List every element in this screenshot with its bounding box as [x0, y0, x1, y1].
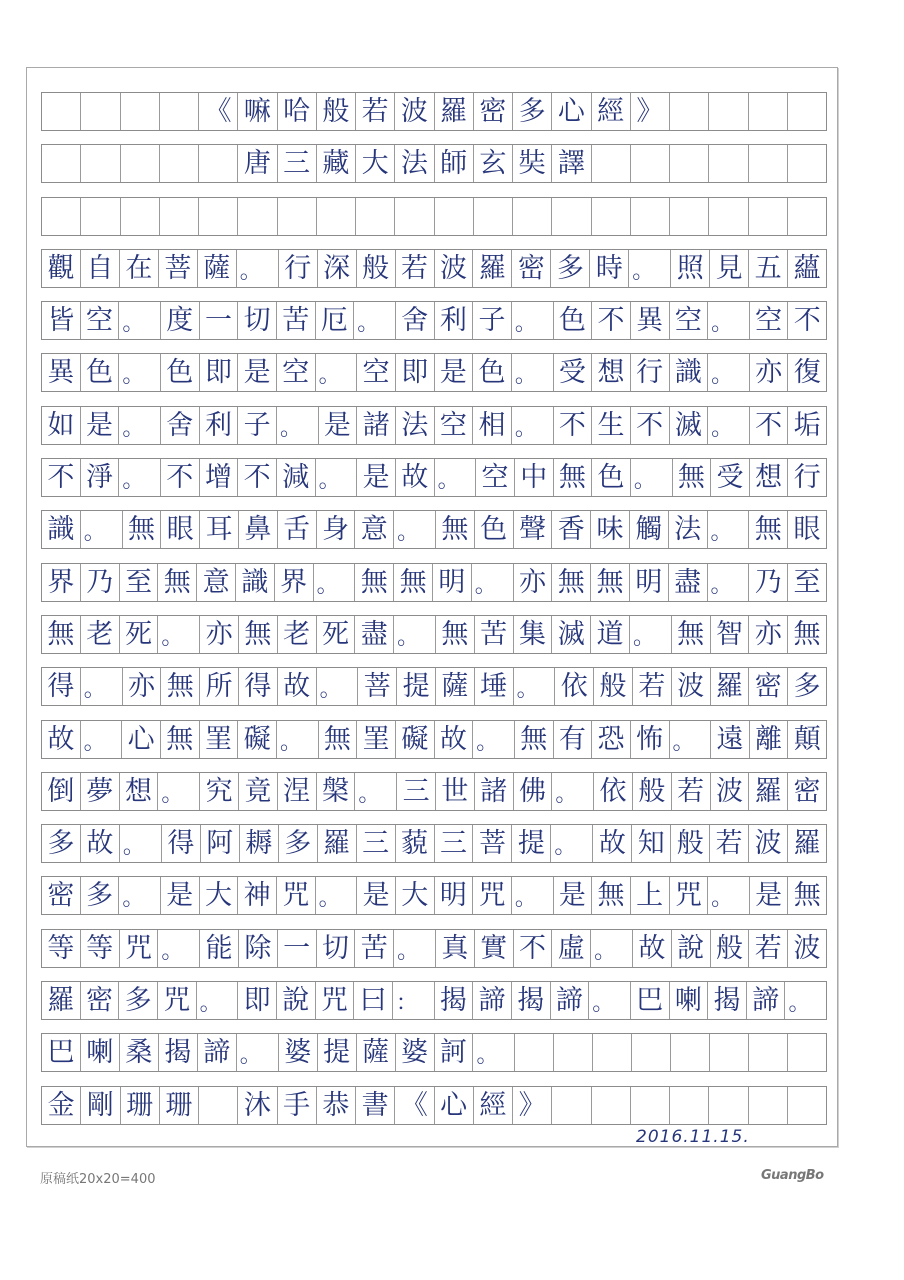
grid-cell: 三: [357, 825, 396, 862]
grid-cell: 。: [119, 302, 161, 339]
grid-cell: 。: [314, 564, 356, 601]
grid-cell: 婆: [279, 1034, 318, 1071]
grid-cell: 。: [630, 616, 672, 653]
grid-cell: 想: [750, 459, 789, 496]
grid-cell: 。: [394, 930, 436, 967]
grid-cell: 若: [396, 250, 435, 287]
grid-cell: 。: [629, 250, 671, 287]
grid-cell: 有: [554, 721, 593, 758]
grid-cell: 死: [120, 616, 159, 653]
grid-cell: 法: [395, 145, 434, 182]
grid-cell: 故: [593, 825, 632, 862]
grid-cell: 揭: [159, 1034, 198, 1071]
grid-cell: 界: [275, 564, 314, 601]
grid-cell: 利: [435, 302, 474, 339]
grid-cell: 諸: [475, 773, 514, 810]
grid-row: 羅密多咒。即說咒曰：揭諦揭諦。巴喇揭諦。: [41, 981, 827, 1020]
grid-row: 故。心無罣礙。無罣礙故。無有恐怖。遠離顛: [41, 720, 827, 759]
grid-cell: 行: [631, 354, 670, 391]
grid-cell: [788, 198, 826, 235]
grid-cell: 礙: [238, 721, 277, 758]
grid-cell: 。: [119, 407, 161, 444]
grid-cell: 。: [472, 564, 514, 601]
brand-logo: GuangBo: [761, 1168, 824, 1183]
grid-row: 界乃至無意識界。無無明。亦無無明盡。乃至: [41, 563, 827, 602]
grid-row: 無老死。亦無老死盡。無苦集滅道。無智亦無: [41, 615, 827, 654]
grid-row: 唐三藏大法師玄奘譯: [41, 144, 827, 183]
grid-cell: 若: [749, 930, 788, 967]
grid-cell: 。: [551, 825, 593, 862]
grid-cell: 倒: [42, 773, 81, 810]
grid-cell: 揭: [435, 982, 474, 1019]
grid-cell: 老: [81, 616, 120, 653]
grid-cell: 故: [633, 930, 672, 967]
grid-cell: 曰: [354, 982, 393, 1019]
grid-cell: 無: [436, 616, 475, 653]
grid-cell: 亦: [749, 616, 788, 653]
grid-cell: 若: [633, 668, 672, 705]
grid-cell: 至: [788, 564, 826, 601]
grid-cell: 見: [710, 250, 749, 287]
grid-cell: 是: [319, 407, 358, 444]
grid-cell: 得: [42, 668, 81, 705]
grid-cell: 諦: [198, 1034, 237, 1071]
grid-cell: 。: [708, 302, 750, 339]
grid-cell: 深: [318, 250, 357, 287]
grid-cell: 三: [435, 825, 474, 862]
grid-cell: [749, 145, 788, 182]
grid-cell: [160, 93, 199, 130]
grid-cell: 。: [316, 354, 358, 391]
grid-cell: 竟: [239, 773, 278, 810]
grid-cell: 無: [592, 877, 631, 914]
grid-cell: 。: [552, 773, 594, 810]
grid-cell: 不: [631, 407, 670, 444]
grid-cell: 菩: [473, 825, 512, 862]
grid-cell: [671, 1034, 710, 1071]
grid-cell: 故: [396, 459, 435, 496]
grid-cell: 《: [395, 1087, 434, 1124]
grid-cell: 巴: [631, 982, 670, 1019]
grid-cell: 異: [631, 302, 670, 339]
grid-cell: 怖: [631, 721, 670, 758]
grid-cell: 是: [81, 407, 120, 444]
grid-cell: 時: [590, 250, 629, 287]
grid-cell: 。: [277, 721, 319, 758]
grid-cell: 波: [788, 930, 826, 967]
grid-cell: 咒: [277, 877, 316, 914]
grid-cell: 亦: [123, 668, 162, 705]
grid-cell: 減: [277, 459, 316, 496]
grid-cell: 若: [672, 773, 711, 810]
grid-row: 如是。舍利子。是諸法空相。不生不滅。不垢: [41, 406, 827, 445]
grid-cell: 空: [670, 302, 709, 339]
grid-cell: 恐: [592, 721, 631, 758]
grid-cell: 無: [161, 668, 200, 705]
grid-cell: 。: [512, 302, 554, 339]
grid-cell: 多: [42, 825, 81, 862]
grid-cell: 上: [631, 877, 670, 914]
grid-cell: 舍: [396, 302, 435, 339]
grid-row: 觀自在菩薩。行深般若波羅密多時。照見五蘊: [41, 249, 827, 288]
grid-cell: 知: [632, 825, 671, 862]
grid-cell: 是: [161, 877, 200, 914]
grid-cell: 眼: [161, 511, 200, 548]
grid-cell: [552, 198, 591, 235]
grid-cell: 》: [631, 93, 670, 130]
grid-cell: 說: [672, 930, 711, 967]
grid-cell: 遠: [711, 721, 750, 758]
grid-cell: 厄: [316, 302, 355, 339]
grid-cell: 藏: [317, 145, 356, 182]
grid-cell: 羅: [473, 250, 512, 287]
grid-cell: 色: [592, 459, 631, 496]
grid-cell: 多: [788, 668, 826, 705]
grid-cell: 虛: [552, 930, 591, 967]
grid-cell: 鼻: [239, 511, 278, 548]
manuscript-grid: 《嘛哈般若波羅密多心經》唐三藏大法師玄奘譯觀自在菩薩。行深般若波羅密多時。照見五…: [41, 92, 827, 1138]
grid-cell: 利: [200, 407, 239, 444]
grid-cell: 多: [81, 877, 120, 914]
grid-cell: [749, 93, 788, 130]
grid-cell: 》: [513, 1087, 552, 1124]
grid-cell: 提: [397, 668, 436, 705]
grid-cell: 子: [238, 407, 277, 444]
grid-cell: 。: [317, 668, 359, 705]
grid-cell: 無: [239, 616, 278, 653]
grid-cell: 依: [555, 668, 594, 705]
grid-cell: [160, 145, 199, 182]
grid-cell: [749, 198, 788, 235]
grid-cell: 般: [317, 93, 356, 130]
grid-cell: 舌: [278, 511, 317, 548]
grid-cell: [788, 1087, 826, 1124]
grid-cell: [631, 198, 670, 235]
grid-cell: 耨: [240, 825, 279, 862]
grid-cell: 波: [395, 93, 434, 130]
grid-cell: 明: [433, 564, 472, 601]
grid-cell: 譯: [552, 145, 591, 182]
grid-cell: 密: [474, 93, 513, 130]
grid-cell: 礙: [396, 721, 435, 758]
handwritten-date: 2016.11.15.: [636, 1127, 750, 1147]
grid-cell: 若: [356, 93, 395, 130]
grid-cell: 羅: [788, 825, 826, 862]
grid-cell: 羅: [711, 668, 750, 705]
grid-cell: [552, 1087, 591, 1124]
grid-cell: 唐: [238, 145, 277, 182]
grid-row: 皆空。度一切苦厄。舍利子。色不異空。空不: [41, 301, 827, 340]
grid-cell: 無: [355, 564, 394, 601]
grid-cell: 。: [512, 354, 554, 391]
grid-cell: [42, 145, 81, 182]
grid-cell: 明: [630, 564, 669, 601]
grid-cell: 無: [552, 564, 591, 601]
grid-cell: [670, 93, 709, 130]
grid-cell: 皆: [42, 302, 81, 339]
grid-cell: 心: [122, 721, 161, 758]
grid-cell: 是: [357, 459, 396, 496]
grid-cell: 離: [750, 721, 789, 758]
grid-cell: 大: [356, 145, 395, 182]
grid-cell: 多: [513, 93, 552, 130]
grid-cell: 無: [591, 564, 630, 601]
grid-cell: 桑: [120, 1034, 159, 1071]
grid-cell: 意: [197, 564, 236, 601]
grid-cell: 苦: [355, 930, 394, 967]
grid-row: 巴喇桑揭諦。婆提薩婆訶。: [41, 1033, 827, 1072]
grid-cell: 不: [161, 459, 200, 496]
grid-cell: [631, 145, 670, 182]
grid-cell: 心: [552, 93, 591, 130]
grid-cell: 提: [318, 1034, 357, 1071]
grid-cell: 老: [278, 616, 317, 653]
grid-cell: 羅: [749, 773, 788, 810]
grid-cell: [81, 93, 120, 130]
grid-cell: 。: [394, 616, 436, 653]
grid-cell: 。: [591, 930, 633, 967]
grid-cell: 揭: [512, 982, 551, 1019]
grid-cell: 亦: [514, 564, 553, 601]
grid-cell: 。: [158, 773, 200, 810]
grid-cell: 切: [317, 930, 356, 967]
grid-cell: 依: [594, 773, 633, 810]
grid-cell: 無: [436, 511, 475, 548]
grid-cell: [592, 1087, 631, 1124]
grid-cell: [513, 198, 552, 235]
grid-cell: 色: [554, 302, 593, 339]
grid-cell: 智: [711, 616, 750, 653]
grid-cell: 槃: [317, 773, 356, 810]
grid-cell: 故: [435, 721, 474, 758]
grid-cell: 界: [42, 564, 81, 601]
grid-cell: 。: [81, 511, 123, 548]
grid-cell: [592, 145, 631, 182]
grid-cell: 咒: [670, 877, 709, 914]
grid-cell: [749, 1087, 788, 1124]
grid-cell: 受: [554, 354, 593, 391]
grid-cell: 識: [236, 564, 275, 601]
grid-cell: 無: [161, 721, 200, 758]
grid-cell: [435, 198, 474, 235]
grid-cell: 不: [514, 930, 553, 967]
grid-cell: 究: [200, 773, 239, 810]
grid-cell: 即: [238, 982, 277, 1019]
grid-cell: 波: [435, 250, 474, 287]
grid-cell: 如: [42, 407, 81, 444]
grid-cell: [42, 198, 81, 235]
grid-cell: 淨: [81, 459, 120, 496]
grid-cell: 觀: [42, 250, 81, 287]
grid-cell: 即: [396, 354, 435, 391]
grid-cell: 。: [708, 564, 750, 601]
grid-cell: [670, 1087, 709, 1124]
grid-cell: 死: [317, 616, 356, 653]
grid-cell: 波: [672, 668, 711, 705]
grid-cell: [709, 93, 748, 130]
grid-cell: 實: [475, 930, 514, 967]
grid-cell: 色: [475, 511, 514, 548]
grid-cell: 。: [435, 459, 477, 496]
grid-cell: 。: [394, 511, 436, 548]
grid-cell: 咒: [158, 982, 197, 1019]
grid-cell: 心: [435, 1087, 474, 1124]
grid-cell: 羅: [318, 825, 357, 862]
grid-cell: 空: [81, 302, 120, 339]
grid-cell: 般: [357, 250, 396, 287]
grid-cell: [749, 1034, 788, 1071]
grid-cell: 是: [554, 877, 593, 914]
grid-cell: 。: [473, 1034, 515, 1071]
grid-cell: 婆: [396, 1034, 435, 1071]
grid-cell: 空: [750, 302, 789, 339]
grid-cell: 味: [591, 511, 630, 548]
grid-cell: 三: [397, 773, 436, 810]
grid-cell: 切: [238, 302, 277, 339]
grid-cell: 不: [750, 407, 789, 444]
grid-cell: 涅: [278, 773, 317, 810]
grid-cell: 。: [708, 877, 750, 914]
grid-cell: 無: [158, 564, 197, 601]
grid-cell: 說: [277, 982, 316, 1019]
grid-cell: 。: [81, 721, 123, 758]
grid-cell: 。: [473, 721, 515, 758]
grid-cell: 般: [633, 773, 672, 810]
grid-cell: 恭: [317, 1087, 356, 1124]
grid-cell: 真: [436, 930, 475, 967]
grid-row: 不淨。不增不減。是故。空中無色。無受想行: [41, 458, 827, 497]
grid-cell: [709, 145, 748, 182]
grid-row: 倒夢想。究竟涅槃。三世諸佛。依般若波羅密: [41, 772, 827, 811]
grid-cell: 薩: [436, 668, 475, 705]
grid-row: 密多。是大神咒。是大明咒。是無上咒。是無: [41, 876, 827, 915]
grid-cell: 。: [277, 407, 319, 444]
grid-cell: 多: [551, 250, 590, 287]
grid-cell: 道: [591, 616, 630, 653]
grid-cell: 即: [200, 354, 239, 391]
grid-cell: 身: [317, 511, 356, 548]
grid-cell: 。: [670, 721, 712, 758]
grid-cell: 《: [199, 93, 238, 130]
grid-cell: 。: [237, 1034, 279, 1071]
grid-cell: 。: [354, 302, 396, 339]
grid-cell: 色: [81, 354, 120, 391]
grid-cell: 薩: [198, 250, 237, 287]
grid-cell: 菩: [159, 250, 198, 287]
grid-cell: 乃: [749, 564, 788, 601]
grid-cell: 哈: [278, 93, 317, 130]
grid-cell: 法: [396, 407, 435, 444]
grid-cell: 法: [669, 511, 708, 548]
grid-cell: 三: [278, 145, 317, 182]
grid-cell: 顛: [788, 721, 826, 758]
grid-cell: [238, 198, 277, 235]
grid-cell: [554, 1034, 593, 1071]
grid-cell: 生: [592, 407, 631, 444]
grid-row: 《嘛哈般若波羅密多心經》: [41, 92, 827, 131]
grid-cell: 明: [435, 877, 474, 914]
grid-cell: 。: [316, 877, 358, 914]
grid-cell: [317, 198, 356, 235]
grid-cell: 集: [514, 616, 553, 653]
grid-cell: 大: [396, 877, 435, 914]
grid-cell: 行: [788, 459, 826, 496]
grid-cell: 羅: [435, 93, 474, 130]
grid-cell: 沐: [238, 1087, 277, 1124]
grid-cell: 耳: [200, 511, 239, 548]
grid-cell: [709, 198, 748, 235]
grid-cell: 觸: [630, 511, 669, 548]
grid-cell: 無: [673, 459, 712, 496]
grid-cell: 空: [357, 354, 396, 391]
grid-cell: 亦: [750, 354, 789, 391]
grid-cell: 巴: [42, 1034, 81, 1071]
grid-cell: 眼: [788, 511, 826, 548]
grid-cell: 密: [512, 250, 551, 287]
grid-cell: 。: [708, 354, 750, 391]
grid-cell: 色: [161, 354, 200, 391]
grid-cell: [710, 1034, 749, 1071]
grid-cell: [278, 198, 317, 235]
grid-cell: 垢: [788, 407, 826, 444]
grid-cell: [632, 1034, 671, 1071]
grid-cell: 色: [473, 354, 512, 391]
grid-cell: 。: [355, 773, 397, 810]
grid-cell: 經: [592, 93, 631, 130]
grid-cell: 故: [278, 668, 317, 705]
grid-cell: 若: [710, 825, 749, 862]
grid-cell: 。: [158, 616, 200, 653]
grid-cell: 盡: [355, 616, 394, 653]
grid-cell: 無: [123, 511, 162, 548]
grid-cell: 無: [42, 616, 81, 653]
grid-cell: 波: [711, 773, 750, 810]
grid-row: 多故。得阿耨多羅三藐三菩提。故知般若波羅: [41, 824, 827, 863]
grid-cell: 。: [237, 250, 279, 287]
grid-cell: 罣: [200, 721, 239, 758]
grid-cell: 除: [239, 930, 278, 967]
grid-cell: 能: [200, 930, 239, 967]
grid-cell: 諦: [747, 982, 786, 1019]
grid-cell: 無: [515, 721, 554, 758]
grid-cell: 想: [120, 773, 159, 810]
grid-cell: 至: [120, 564, 159, 601]
grid-cell: 故: [81, 825, 120, 862]
grid-cell: 亦: [200, 616, 239, 653]
grid-cell: 。: [316, 459, 358, 496]
grid-cell: 世: [436, 773, 475, 810]
grid-cell: [395, 198, 434, 235]
grid-cell: 手: [278, 1087, 317, 1124]
grid-cell: 五: [749, 250, 788, 287]
grid-cell: [160, 198, 199, 235]
grid-cell: 滅: [670, 407, 709, 444]
grid-cell: 乃: [81, 564, 120, 601]
grid-cell: 是: [357, 877, 396, 914]
grid-cell: [199, 145, 238, 182]
grid-row: 異色。色即是空。空即是色。受想行識。亦復: [41, 353, 827, 392]
grid-cell: 自: [81, 250, 120, 287]
grid-cell: 奘: [513, 145, 552, 182]
grid-cell: 。: [119, 459, 161, 496]
grid-cell: 。: [708, 407, 750, 444]
grid-cell: 夢: [81, 773, 120, 810]
grid-row: 識。無眼耳鼻舌身意。無色聲香味觸法。無眼: [41, 510, 827, 549]
grid-cell: 不: [592, 302, 631, 339]
grid-cell: 。: [708, 511, 750, 548]
grid-cell: 。: [514, 668, 556, 705]
grid-cell: 一: [200, 302, 239, 339]
